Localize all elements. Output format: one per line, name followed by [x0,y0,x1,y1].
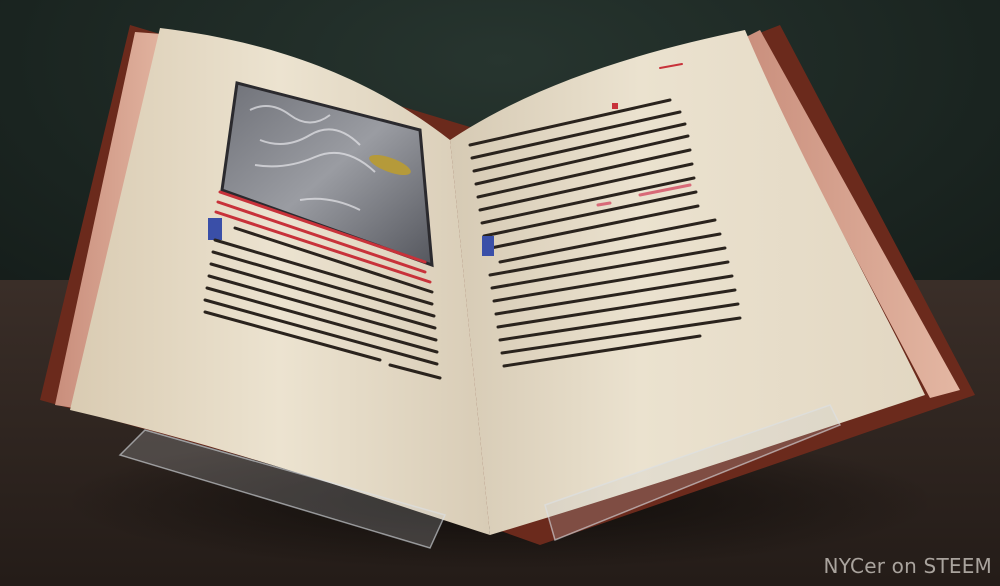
watermark: NYCer on STEEM [824,554,992,578]
manuscript-illustration [0,0,1000,586]
photo-scene: NYCer on STEEM [0,0,1000,586]
